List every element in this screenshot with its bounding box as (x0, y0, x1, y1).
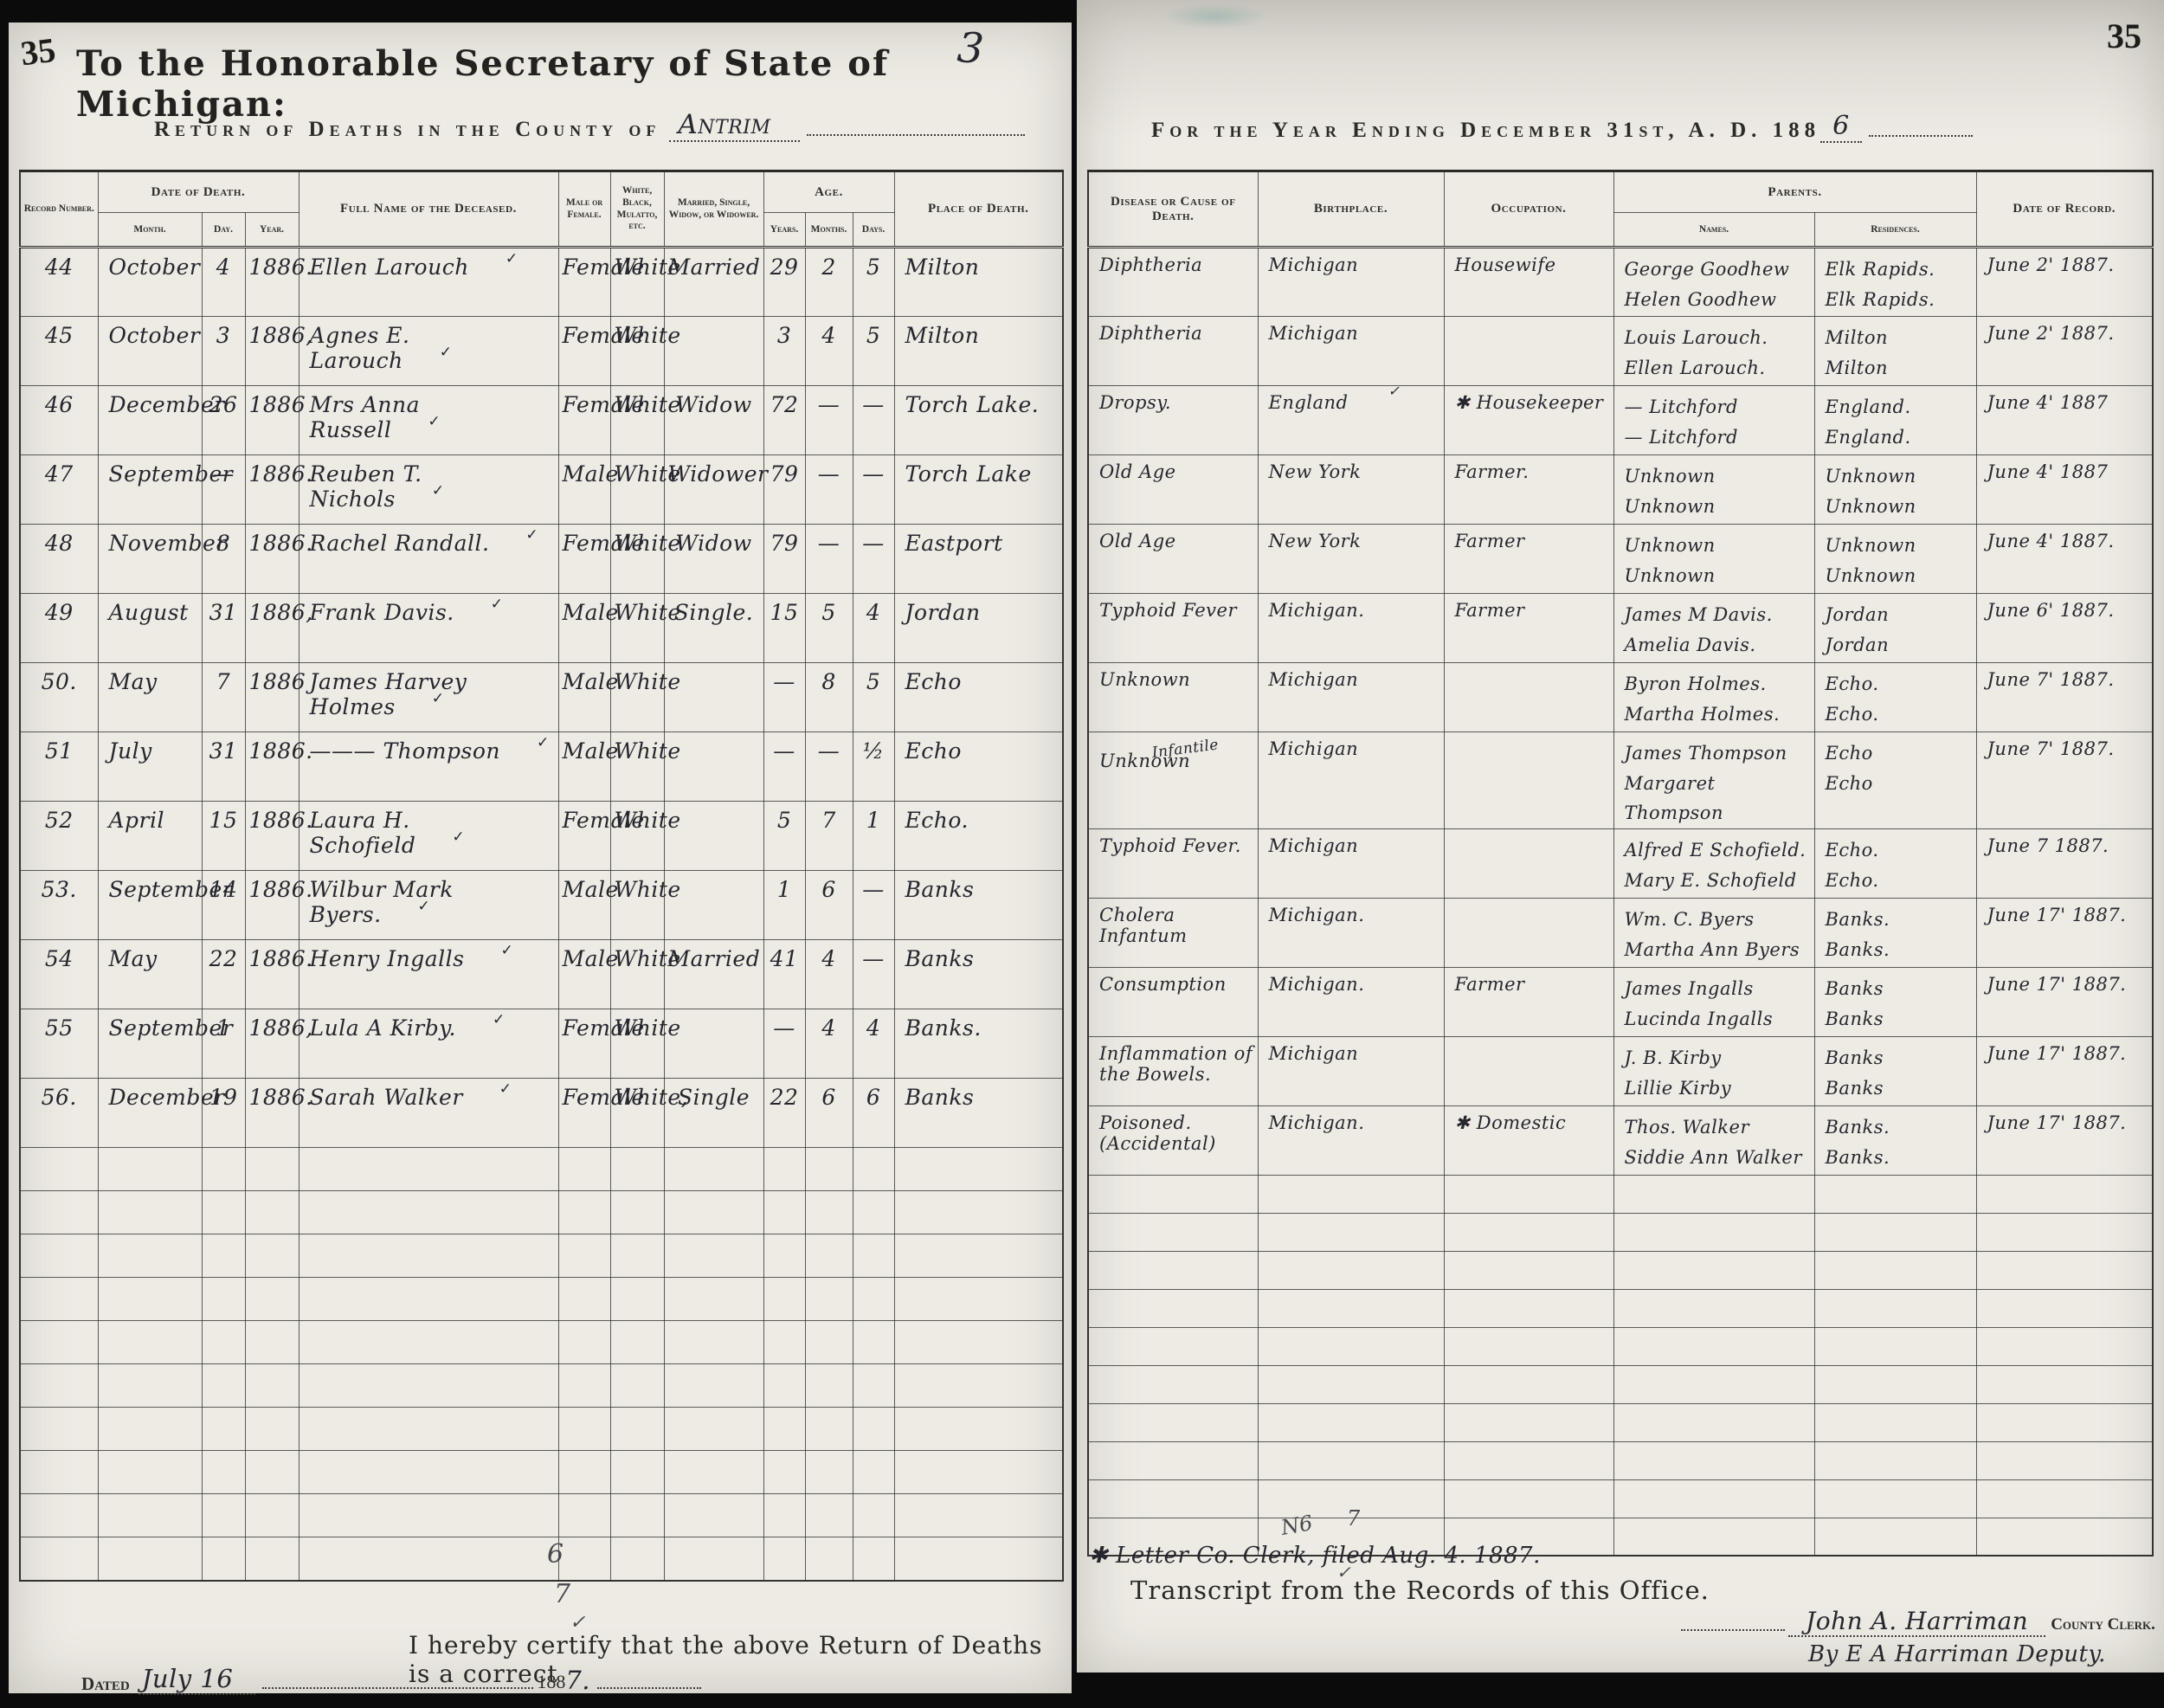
empty-cell (853, 1451, 894, 1494)
death-record-row: 52 April 15 1886. Laura H. Schofield✓ Fe… (20, 802, 1063, 871)
check-mark: ✓ (440, 344, 453, 361)
empty-cell (763, 1408, 805, 1451)
empty-cell (853, 1364, 894, 1408)
empty-cell (20, 1148, 98, 1191)
cell-marital: Single (664, 1079, 763, 1148)
empty-cell (853, 1148, 894, 1191)
cell-date-of-record: June 17' 1887. (1976, 898, 2153, 967)
empty-cell (610, 1278, 664, 1321)
death-record-row: 51 July 31 1886. ——— Thompson✓ Male Whit… (20, 732, 1063, 802)
cell-age-years: 22 (763, 1079, 805, 1148)
cell-age-months: 4 (805, 1009, 853, 1079)
cell-record-number: 47 (20, 455, 98, 525)
cell-day: 3 (202, 317, 245, 386)
empty-cell (202, 1451, 245, 1494)
cell-color: White (610, 594, 664, 663)
cell-age-days: 1 (853, 802, 894, 871)
empty-cell (1088, 1213, 1258, 1251)
cell-age-years: 1 (763, 871, 805, 940)
cell-place-of-death: Torch Lake (894, 455, 1063, 525)
cell-parent-residences: Echo.Echo. (1814, 828, 1976, 898)
empty-cell (558, 1537, 610, 1581)
death-record-row: Cholera Infantum Michigan. Wm. C. ByersM… (1088, 898, 2153, 967)
death-record-row: Diphtheria Michigan Louis Larouch.Ellen … (1088, 317, 2153, 386)
death-record-row: Unknown Michigan Byron Holmes.Martha Hol… (1088, 663, 2153, 732)
empty-cell (1258, 1251, 1444, 1289)
cell-occupation (1444, 898, 1613, 967)
cell-age-years: 3 (763, 317, 805, 386)
empty-cell (1088, 1441, 1258, 1479)
empty-cell (1088, 1251, 1258, 1289)
return-line-printed: Return of Deaths in the County of (154, 118, 660, 142)
col-full-name: Full Name of the Deceased. (299, 171, 558, 248)
empty-ruled-row (20, 1364, 1063, 1408)
empty-cell (894, 1364, 1063, 1408)
empty-cell (202, 1364, 245, 1408)
death-record-row: Old Age New York Farmer. UnknownUnknown … (1088, 455, 2153, 525)
empty-cell (98, 1537, 202, 1581)
check-mark: ✓ (428, 413, 441, 430)
cell-record-number: 49 (20, 594, 98, 663)
empty-cell (664, 1451, 763, 1494)
cell-parent-residences: BanksBanks (1814, 967, 1976, 1036)
cell-occupation (1444, 732, 1613, 829)
cell-sex: Female (558, 802, 610, 871)
empty-ruled-row (1088, 1441, 2153, 1479)
cell-full-name: Mrs Anna Russell✓ (299, 386, 558, 455)
empty-cell (1976, 1213, 2153, 1251)
empty-cell (1814, 1365, 1976, 1403)
cell-parent-residences: Echo.Echo. (1814, 663, 1976, 732)
cell-year: 1886. (245, 940, 299, 1009)
empty-cell (610, 1191, 664, 1234)
empty-cell (299, 1321, 558, 1364)
cell-full-name: Reuben T. Nichols✓ (299, 455, 558, 525)
empty-cell (763, 1191, 805, 1234)
cell-age-months: 6 (805, 1079, 853, 1148)
cell-marital: Widow (664, 386, 763, 455)
cell-day: 31 (202, 732, 245, 802)
check-mark: ✓ (432, 482, 445, 500)
cell-date-of-record: June 2' 1887. (1976, 317, 2153, 386)
county-handwritten: Antrim (669, 109, 800, 142)
cell-month: July (98, 732, 202, 802)
cell-parent-names: James ThompsonMargaret Thompson (1613, 732, 1814, 829)
cell-age-months: — (805, 732, 853, 802)
cell-birthplace: Michigan. (1258, 594, 1444, 663)
empty-cell (245, 1191, 299, 1234)
cell-age-years: 15 (763, 594, 805, 663)
empty-ruled-row (20, 1537, 1063, 1581)
cell-occupation (1444, 1036, 1613, 1105)
left-table-header: Record Number. Date of Death. Full Name … (20, 171, 1063, 248)
cell-age-months: 8 (805, 663, 853, 732)
empty-cell (664, 1278, 763, 1321)
empty-ruled-row (20, 1148, 1063, 1191)
col-age-years: Years. (763, 213, 805, 248)
cell-full-name: Ellen Larouch✓ (299, 248, 558, 317)
empty-cell (1258, 1403, 1444, 1441)
empty-cell (299, 1451, 558, 1494)
cell-year: 1886, (245, 1009, 299, 1079)
death-record-row: Poisoned. (Accidental) Michigan. ✱ Domes… (1088, 1105, 2153, 1175)
empty-cell (202, 1321, 245, 1364)
death-record-row: 54 May 22 1886. Henry Ingalls✓ Male Whit… (20, 940, 1063, 1009)
empty-cell (98, 1494, 202, 1537)
cell-age-days: — (853, 386, 894, 455)
cell-color: White (610, 871, 664, 940)
col-date-of-death: Date of Death. (98, 171, 299, 213)
cell-parent-residences: MiltonMilton (1814, 317, 1976, 386)
cell-cause-of-death: Diphtheria (1088, 248, 1258, 317)
cell-place-of-death: Echo (894, 663, 1063, 732)
cell-day: 4 (202, 248, 245, 317)
cell-full-name: Henry Ingalls✓ (299, 940, 558, 1009)
empty-cell (805, 1321, 853, 1364)
empty-cell (98, 1321, 202, 1364)
cell-age-years: — (763, 663, 805, 732)
cell-day: 22 (202, 940, 245, 1009)
cell-date-of-record: June 7' 1887. (1976, 732, 2153, 829)
cell-year: 1886. (245, 248, 299, 317)
cell-place-of-death: Banks (894, 1079, 1063, 1148)
cell-record-number: 50. (20, 663, 98, 732)
cell-age-months: 4 (805, 940, 853, 1009)
cell-sex: Female (558, 317, 610, 386)
empty-cell (763, 1321, 805, 1364)
cell-sex: Male (558, 663, 610, 732)
cell-month: May (98, 940, 202, 1009)
transcript-statement: Transcript from the Records of this Offi… (1130, 1576, 1710, 1605)
cell-place-of-death: Milton (894, 317, 1063, 386)
empty-ruled-row (1088, 1289, 2153, 1327)
cell-sex: Female (558, 525, 610, 594)
empty-cell (610, 1148, 664, 1191)
cell-month: August (98, 594, 202, 663)
cell-parent-names: James M Davis.Amelia Davis. (1613, 594, 1814, 663)
empty-cell (98, 1364, 202, 1408)
dated-line: Dated July 16 188 7. (81, 1664, 705, 1695)
cell-color: White (610, 732, 664, 802)
cell-age-years: 41 (763, 940, 805, 1009)
empty-cell (1814, 1175, 1976, 1213)
dotted-rule (807, 134, 1025, 136)
empty-cell (20, 1191, 98, 1234)
cell-birthplace: Michigan. (1258, 967, 1444, 1036)
cell-marital: Widow (664, 525, 763, 594)
empty-cell (299, 1408, 558, 1451)
dotted-rule (1681, 1629, 1785, 1631)
cell-record-number: 53. (20, 871, 98, 940)
empty-cell (1444, 1403, 1613, 1441)
empty-cell (558, 1494, 610, 1537)
cell-parent-residences: UnknownUnknown (1814, 455, 1976, 525)
death-record-row: Dropsy. England✓ ✱ Housekeeper — Litchfo… (1088, 386, 2153, 455)
empty-cell (664, 1494, 763, 1537)
empty-cell (202, 1494, 245, 1537)
cell-age-years: 29 (763, 248, 805, 317)
cell-record-number: 48 (20, 525, 98, 594)
empty-cell (299, 1234, 558, 1278)
cell-date-of-record: June 4' 1887 (1976, 386, 2153, 455)
page-number-left: 35 (18, 29, 57, 74)
dated-year-printed: 188 (537, 1671, 565, 1693)
empty-cell (1088, 1327, 1258, 1365)
cell-record-number: 52 (20, 802, 98, 871)
county-clerk-label: County Clerk. (2051, 1615, 2155, 1634)
cell-parent-residences: EchoEcho (1814, 732, 1976, 829)
year-ending-line: For the Year Ending December 31st, A. D.… (1151, 111, 2051, 143)
empty-cell (664, 1364, 763, 1408)
empty-cell (245, 1451, 299, 1494)
empty-cell (1814, 1479, 1976, 1518)
cell-age-years: — (763, 732, 805, 802)
empty-ruled-row (1088, 1327, 2153, 1365)
empty-cell (1258, 1327, 1444, 1365)
empty-cell (1814, 1441, 1976, 1479)
cell-day: 15 (202, 802, 245, 871)
cell-record-number: 54 (20, 940, 98, 1009)
empty-ruled-row (1088, 1175, 2153, 1213)
empty-ruled-row (20, 1278, 1063, 1321)
empty-ruled-row (20, 1234, 1063, 1278)
empty-cell (894, 1321, 1063, 1364)
empty-cell (610, 1408, 664, 1451)
cell-age-days: 4 (853, 594, 894, 663)
cell-date-of-record: June 2' 1887. (1976, 248, 2153, 317)
empty-cell (1613, 1479, 1814, 1518)
empty-ruled-row (1088, 1251, 2153, 1289)
empty-cell (558, 1148, 610, 1191)
cell-year: 1886. (245, 732, 299, 802)
cell-age-months: 5 (805, 594, 853, 663)
col-place-of-death: Place of Death. (894, 171, 1063, 248)
death-record-row: Old Age New York Farmer UnknownUnknown U… (1088, 525, 2153, 594)
cell-record-number: 45 (20, 317, 98, 386)
cell-date-of-record: June 17' 1887. (1976, 1105, 2153, 1175)
cell-birthplace: Michigan (1258, 732, 1444, 829)
cell-place-of-death: Eastport (894, 525, 1063, 594)
empty-cell (664, 1408, 763, 1451)
pencil-mark-7: 7 (554, 1579, 570, 1609)
check-mark: ✓ (491, 596, 504, 613)
check-mark: ✓ (537, 734, 550, 751)
empty-cell (853, 1191, 894, 1234)
cell-age-days: — (853, 871, 894, 940)
death-record-row: Consumption Michigan. Farmer James Ingal… (1088, 967, 2153, 1036)
cell-year: 1886. (245, 871, 299, 940)
cell-sex: Female (558, 1079, 610, 1148)
cell-parent-residences: UnknownUnknown (1814, 525, 1976, 594)
empty-cell (1976, 1479, 2153, 1518)
empty-cell (853, 1494, 894, 1537)
cell-color: White (610, 386, 664, 455)
col-color: White, Black, Mulatto, etc. (610, 171, 664, 248)
cell-parent-names: Thos. WalkerSiddie Ann Walker (1613, 1105, 1814, 1175)
empty-cell (1444, 1327, 1613, 1365)
cell-sex: Female (558, 386, 610, 455)
empty-cell (1613, 1327, 1814, 1365)
cell-cause-of-death: Unknown (1088, 663, 1258, 732)
cell-occupation (1444, 663, 1613, 732)
empty-cell (20, 1451, 98, 1494)
empty-cell (894, 1408, 1063, 1451)
cell-month: May (98, 663, 202, 732)
empty-cell (805, 1408, 853, 1451)
cell-cause-of-death: Dropsy. (1088, 386, 1258, 455)
check-mark: ✓ (418, 898, 431, 915)
col-birthplace: Birthplace. (1258, 171, 1444, 248)
empty-cell (558, 1234, 610, 1278)
cell-cause-of-death: Typhoid Fever (1088, 594, 1258, 663)
death-record-row: 45 October 3 1886, Agnes E. Larouch✓ Fem… (20, 317, 1063, 386)
cell-age-years: — (763, 1009, 805, 1079)
empty-cell (1976, 1441, 2153, 1479)
cell-parent-residences: Banks.Banks. (1814, 898, 1976, 967)
dated-handwritten: July 16 (138, 1664, 256, 1695)
cell-color: White, (610, 1079, 664, 1148)
empty-cell (558, 1191, 610, 1234)
cell-full-name: Rachel Randall.✓ (299, 525, 558, 594)
empty-cell (98, 1234, 202, 1278)
empty-cell (763, 1234, 805, 1278)
cell-occupation: Farmer (1444, 594, 1613, 663)
empty-ruled-row (20, 1451, 1063, 1494)
empty-cell (98, 1451, 202, 1494)
page-number-right: 35 (2107, 16, 2141, 56)
cell-year: 1886. (245, 1079, 299, 1148)
empty-cell (664, 1191, 763, 1234)
col-record-number: Record Number. (20, 171, 98, 248)
empty-cell (805, 1278, 853, 1321)
cell-age-days: — (853, 455, 894, 525)
cell-color: White (610, 940, 664, 1009)
cell-sex: Male (558, 940, 610, 1009)
cell-age-years: 79 (763, 525, 805, 594)
empty-cell (805, 1191, 853, 1234)
cell-full-name: Wilbur Mark Byers.✓ (299, 871, 558, 940)
empty-cell (299, 1191, 558, 1234)
col-cause-of-death: Disease or Cause of Death. (1088, 171, 1258, 248)
cell-birthplace: Michigan. (1258, 898, 1444, 967)
cell-age-years: 79 (763, 455, 805, 525)
death-record-row: Typhoid Fever. Michigan Alfred E Schofie… (1088, 828, 2153, 898)
dated-year-digit-handwritten: 7. (565, 1666, 590, 1695)
signature-line: John A. Harriman County Clerk. (1674, 1607, 2159, 1637)
empty-cell (1613, 1251, 1814, 1289)
empty-cell (245, 1278, 299, 1321)
empty-cell (202, 1234, 245, 1278)
check-mark: ✓ (500, 942, 513, 959)
cell-birthplace: Michigan (1258, 248, 1444, 317)
check-mark: ✓ (506, 250, 518, 267)
empty-cell (610, 1494, 664, 1537)
empty-cell (1088, 1365, 1258, 1403)
cell-occupation (1444, 828, 1613, 898)
check-mark: ✓ (452, 828, 465, 846)
cell-color: White (610, 1009, 664, 1079)
col-age-months: Months. (805, 213, 853, 248)
handwritten-sheet-number: 3 (956, 23, 986, 74)
cell-parent-names: Wm. C. ByersMartha Ann Byers (1613, 898, 1814, 967)
col-age: Age. (763, 171, 894, 213)
empty-cell (245, 1148, 299, 1191)
cell-month: September (98, 455, 202, 525)
cell-date-of-record: June 17' 1887. (1976, 967, 2153, 1036)
death-record-row: 55 September 1 1886, Lula A Kirby.✓ Fema… (20, 1009, 1063, 1079)
empty-cell (1258, 1213, 1444, 1251)
deaths-table-right: Disease or Cause of Death. Birthplace. O… (1087, 170, 2154, 1557)
empty-cell (558, 1364, 610, 1408)
cell-color: White (610, 455, 664, 525)
cell-year: 1886. (245, 525, 299, 594)
empty-cell (664, 1234, 763, 1278)
empty-cell (20, 1321, 98, 1364)
death-record-row: 44 October 4 1886. Ellen Larouch✓ Female… (20, 248, 1063, 317)
cell-sex: Male (558, 594, 610, 663)
cell-cause-of-death: Old Age (1088, 455, 1258, 525)
death-record-row: Typhoid Fever Michigan. Farmer James M D… (1088, 594, 2153, 663)
cell-parent-residences: BanksBanks (1814, 1036, 1976, 1105)
death-record-row: 56. December 19 1886. Sarah Walker✓ Fema… (20, 1079, 1063, 1148)
empty-cell (1814, 1251, 1976, 1289)
cell-occupation: ✱ Housekeeper (1444, 386, 1613, 455)
empty-cell (245, 1537, 299, 1581)
return-of-deaths-line: Return of Deaths in the County of Antrim (154, 109, 1028, 142)
death-record-row: InfantileUnknown Michigan James Thompson… (1088, 732, 2153, 829)
empty-cell (853, 1408, 894, 1451)
cell-month: September (98, 871, 202, 940)
empty-cell (202, 1408, 245, 1451)
empty-ruled-row (1088, 1213, 2153, 1251)
cell-birthplace: England✓ (1258, 386, 1444, 455)
cell-age-months: — (805, 525, 853, 594)
cell-cause-of-death: Inflammation of the Bowels. (1088, 1036, 1258, 1105)
cell-age-days: ½ (853, 732, 894, 802)
dotted-rule (597, 1687, 701, 1689)
empty-cell (664, 1148, 763, 1191)
cell-age-months: — (805, 455, 853, 525)
col-marital: Married, Single, Widow, or Widower. (664, 171, 763, 248)
cell-birthplace: New York (1258, 525, 1444, 594)
cell-parent-residences: Banks.Banks. (1814, 1105, 1976, 1175)
cell-full-name: Laura H. Schofield✓ (299, 802, 558, 871)
empty-cell (202, 1148, 245, 1191)
empty-cell (853, 1321, 894, 1364)
cell-occupation: ✱ Domestic (1444, 1105, 1613, 1175)
death-record-row: 53. September 14 1886. Wilbur Mark Byers… (20, 871, 1063, 940)
empty-cell (1088, 1175, 1258, 1213)
empty-cell (894, 1191, 1063, 1234)
empty-cell (1088, 1403, 1258, 1441)
cell-birthplace: Michigan (1258, 1036, 1444, 1105)
empty-cell (763, 1148, 805, 1191)
empty-cell (1258, 1365, 1444, 1403)
cell-month: September (98, 1009, 202, 1079)
empty-cell (1814, 1518, 1976, 1556)
cell-record-number: 44 (20, 248, 98, 317)
empty-cell (1613, 1175, 1814, 1213)
cell-marital: Married (664, 248, 763, 317)
cell-year: 1886 (245, 386, 299, 455)
empty-cell (20, 1537, 98, 1581)
register-left-page: 35 To the Honorable Secretary of State o… (9, 23, 1072, 1693)
empty-cell (1976, 1327, 2153, 1365)
cell-full-name: Agnes E. Larouch✓ (299, 317, 558, 386)
cell-parent-names: Alfred E Schofield.Mary E. Schofield (1613, 828, 1814, 898)
empty-cell (299, 1494, 558, 1537)
empty-cell (202, 1278, 245, 1321)
